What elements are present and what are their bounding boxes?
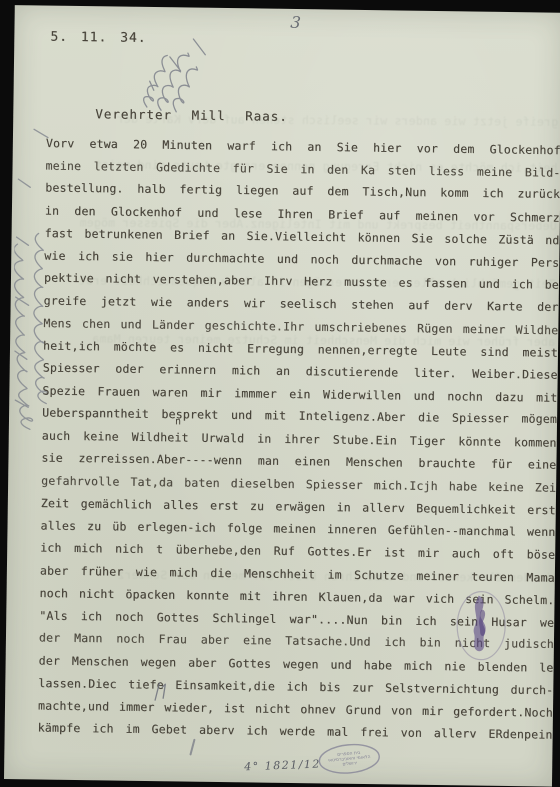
typed-word: liess xyxy=(428,163,464,186)
typed-word: mich xyxy=(232,363,261,386)
typed-word: es xyxy=(170,340,185,363)
typed-word: habe xyxy=(449,479,478,502)
typed-word: mir xyxy=(418,546,440,569)
typed-word: ich xyxy=(246,723,268,746)
typed-word: mich xyxy=(74,541,103,564)
typed-word: wie xyxy=(136,564,158,587)
typed-word: für xyxy=(232,161,254,184)
typed-word: Urwald xyxy=(201,430,244,453)
typed-word: 20 xyxy=(133,137,148,160)
typed-word: Ueberspanntheit xyxy=(42,405,149,429)
typed-word: nicht xyxy=(198,340,234,363)
typed-word: Herz xyxy=(304,274,333,297)
typed-word: kämpfe xyxy=(38,720,81,743)
typed-word: an xyxy=(221,228,236,251)
typed-word: es xyxy=(398,275,413,298)
typed-word: den xyxy=(74,203,96,226)
typed-word: jetzt xyxy=(101,294,137,317)
typed-word: meiner xyxy=(463,322,506,345)
typed-word: Gefühlen--manchmal xyxy=(388,522,517,546)
typed-word: kommen xyxy=(514,435,557,458)
ink-blot xyxy=(454,589,509,662)
typed-word: mir xyxy=(422,703,444,726)
typed-word: waren xyxy=(152,385,188,408)
typed-word: letzten xyxy=(93,159,143,182)
typed-word: betrunkenen xyxy=(84,227,163,251)
letter-date: 5. 11. 34. xyxy=(50,30,146,46)
typed-word: oder xyxy=(115,362,144,385)
typed-word: nicht xyxy=(255,701,291,724)
typed-word: mir xyxy=(200,385,222,408)
typed-word: noch xyxy=(115,609,144,632)
typed-word: die xyxy=(418,410,440,433)
typed-word: sie xyxy=(111,249,133,272)
typed-word: mit xyxy=(240,589,262,612)
typed-word: Züstä xyxy=(498,232,534,255)
typed-word: nich xyxy=(115,542,144,565)
typed-word: fast xyxy=(44,226,73,249)
typed-word: früher xyxy=(81,564,124,587)
typed-word: liegen xyxy=(236,183,279,206)
typed-word: meiner xyxy=(416,568,459,591)
typed-word: chen xyxy=(82,317,111,340)
typed-word: Schmerz xyxy=(510,210,560,233)
typed-word: in xyxy=(257,431,272,454)
typed-word: zu xyxy=(250,499,265,522)
typed-word: seelisch xyxy=(280,296,337,319)
typed-word: verstehen,aber xyxy=(152,272,252,296)
typed-word: dieselben xyxy=(231,476,295,499)
typed-word: allerv xyxy=(434,726,477,749)
typed-word: Mens xyxy=(43,316,72,339)
typed-word: Wildhe xyxy=(515,323,558,346)
typed-word: mit xyxy=(265,408,287,431)
typed-word: an xyxy=(307,140,322,163)
typed-word: machte,und xyxy=(38,698,110,721)
typed-word: ERdenpein xyxy=(488,727,552,750)
typed-word: erlegen-ich xyxy=(137,519,216,542)
typed-word: und xyxy=(478,277,500,300)
typed-word: aber xyxy=(188,655,217,678)
typed-word: für xyxy=(491,457,513,480)
typed-word: dazu xyxy=(495,389,524,412)
typed-word: solche xyxy=(444,232,487,255)
typed-word: Mann xyxy=(74,631,103,654)
typed-word: dem xyxy=(453,142,475,165)
typed-word: Ihren xyxy=(277,206,313,229)
typed-superscript-insertion: n xyxy=(175,416,181,427)
typed-word: und xyxy=(120,317,142,340)
typed-word: Rügen xyxy=(417,321,453,344)
typed-word: wir xyxy=(244,295,266,318)
typed-word: geschichte.Ihr xyxy=(204,318,304,342)
typed-word: Widerwillen xyxy=(323,387,402,411)
typed-word: discutierende xyxy=(305,364,398,388)
typed-word: auf xyxy=(379,208,401,231)
typed-word: Frauen xyxy=(97,384,140,407)
typed-word: auf xyxy=(292,184,314,207)
typed-word: der xyxy=(38,653,60,676)
typed-word: gefordert.Noch xyxy=(453,704,553,728)
typed-word: t xyxy=(156,542,163,565)
typed-word: umschriebenes xyxy=(314,320,407,344)
typed-word: und xyxy=(277,251,299,274)
typed-word: nicht xyxy=(105,271,141,294)
typed-word: immer xyxy=(119,699,155,722)
typed-word: Vorv xyxy=(46,136,75,159)
typed-word: baten xyxy=(184,475,220,498)
typed-word: war xyxy=(393,591,415,614)
typed-word: judisch xyxy=(504,636,554,659)
typed-word: können xyxy=(357,230,400,253)
typed-word: Bild- xyxy=(525,165,560,188)
handwritten-page-number: 3 xyxy=(290,13,302,33)
typed-word: wegen xyxy=(283,656,319,679)
typed-word: nicht xyxy=(79,587,115,610)
typed-word: zerreissen.Aber----wenn xyxy=(78,451,242,476)
typed-word: Menschen xyxy=(72,653,129,676)
typed-word: und xyxy=(413,388,435,411)
typed-word: Tiger xyxy=(410,433,446,456)
typed-word: könnte xyxy=(458,434,501,457)
typed-word: in xyxy=(336,500,351,523)
typed-word: Schlingel xyxy=(212,610,276,633)
typed-word: ich xyxy=(511,277,533,300)
typed-word: ich xyxy=(81,609,103,632)
typed-word: habe xyxy=(363,658,392,681)
typed-word: Ka xyxy=(361,162,376,185)
typed-word: halb xyxy=(137,182,166,205)
typed-word: von xyxy=(435,253,457,276)
typed-word: meine xyxy=(477,164,513,187)
typed-word: ich xyxy=(415,613,437,636)
typed-word: einen xyxy=(294,454,330,477)
typed-word: Tisch,Nun xyxy=(362,184,426,207)
typed-word: noch xyxy=(310,252,339,275)
typed-word: bestellung. xyxy=(45,180,124,203)
library-stamp: בית הספרים הלאומי והאוניברסיטאי ירושלים xyxy=(317,742,381,775)
typed-word: ihrer xyxy=(284,431,320,454)
typed-word: erst xyxy=(210,498,239,521)
typed-word: aber xyxy=(201,632,230,655)
typed-word: und xyxy=(197,205,219,228)
typed-word: Sie xyxy=(411,231,433,254)
typed-word: ist xyxy=(384,545,406,568)
typed-word: in xyxy=(300,162,315,185)
typed-word: nd xyxy=(545,233,560,256)
typed-word: zu xyxy=(87,519,102,542)
typed-word: Brief xyxy=(328,207,364,230)
typed-word: Ihrv xyxy=(264,274,293,297)
typed-word: war"....Nun xyxy=(289,611,368,635)
typed-word: erwägen xyxy=(275,499,325,522)
typed-word: Zeit xyxy=(41,496,70,519)
typed-word: Gottes xyxy=(228,656,271,679)
typed-word: durchmache xyxy=(351,252,423,275)
typed-word: wieder, xyxy=(164,700,214,723)
typed-word: aber xyxy=(40,563,69,586)
typed-word: sten xyxy=(387,163,416,186)
typed-word: Gebet xyxy=(151,722,187,745)
typed-word: Frau xyxy=(158,632,187,655)
typed-word: stehen xyxy=(351,297,394,320)
typed-word: hier xyxy=(145,249,174,272)
typed-word: mich xyxy=(404,658,433,681)
typed-word: liter. xyxy=(414,366,457,389)
letter-salutation: Verehrter Mill Raas. xyxy=(95,106,288,124)
typed-word: meinen xyxy=(415,208,458,231)
typed-word: Gottes xyxy=(156,610,199,633)
typed-word: wegen xyxy=(140,654,176,677)
typed-word: mögem xyxy=(521,411,557,434)
typed-word: ich xyxy=(40,540,62,563)
typed-word: Erregung xyxy=(247,341,304,364)
typed-word: sie xyxy=(41,450,63,473)
typed-word: Ruf xyxy=(273,544,295,567)
typed-word: warf xyxy=(227,139,256,162)
typed-word: greife xyxy=(43,293,86,316)
typed-word: werde xyxy=(279,724,315,747)
typed-word: gefahrvolle xyxy=(41,473,120,497)
catalog-number: 4° 1821/12 xyxy=(244,757,321,773)
typed-word: auch xyxy=(42,428,71,451)
typed-word: ich xyxy=(78,248,100,271)
typed-word: von xyxy=(400,726,422,749)
typed-word: möchte xyxy=(113,339,156,362)
stamp-line: ירושלים xyxy=(342,761,357,767)
typed-word: lassen.Diec xyxy=(38,676,117,700)
typed-word: der xyxy=(537,299,559,322)
typed-word: Glockenhof xyxy=(111,204,183,227)
typed-word: Menschheit xyxy=(244,566,316,589)
stamp-text: בית הספרים הלאומי והאוניברסיטאי ירושלים xyxy=(316,740,383,778)
typed-word: gemächlich xyxy=(80,497,152,520)
typed-word: Mama xyxy=(526,570,555,593)
typed-word: keine xyxy=(83,429,119,452)
typed-word: nochn xyxy=(447,389,483,412)
typed-word: heit,ich xyxy=(43,338,100,361)
typed-word: besprekt xyxy=(161,407,218,430)
typed-word: Tatsache.Und xyxy=(285,634,371,658)
typed-word: Minuten xyxy=(162,138,212,161)
typed-word: die xyxy=(210,565,232,588)
typed-word: bin xyxy=(419,635,441,658)
typed-word: Spezie xyxy=(42,383,85,406)
typed-word: Sie.Vielleicht xyxy=(246,229,346,253)
typed-word: meist xyxy=(522,345,558,368)
typed-word: Gdedichte xyxy=(156,160,220,183)
typed-word: ich xyxy=(384,635,406,658)
typed-word: und xyxy=(330,657,352,680)
typed-word: Spiesser xyxy=(43,361,100,384)
typed-word: Gottes.Er xyxy=(307,544,371,567)
typed-word: Menschen xyxy=(346,455,403,478)
typed-word: durchmachte xyxy=(186,250,265,274)
typed-word: Sie xyxy=(266,161,288,184)
typed-word: hier xyxy=(373,141,402,164)
typed-word: Tat,da xyxy=(130,474,173,497)
typed-word: ich xyxy=(286,679,308,702)
typed-word: wenn xyxy=(527,524,556,547)
typed-word: mich.Icjh xyxy=(373,478,437,501)
typed-word: Länder xyxy=(152,318,195,341)
typed-word: man xyxy=(258,454,280,477)
typed-word: Selstvernichtung xyxy=(385,681,499,705)
typed-word: alles xyxy=(40,518,76,541)
typed-word: vor xyxy=(473,209,495,232)
typed-word: wie xyxy=(44,248,66,271)
typed-word: Karte xyxy=(487,299,523,322)
typed-word: "Als xyxy=(39,608,68,631)
typed-word: pektive xyxy=(44,271,94,294)
typed-word: Zei xyxy=(535,480,557,503)
typed-word: blenden xyxy=(477,659,527,682)
typed-word: dem xyxy=(327,184,349,207)
typed-word: Glockenhof xyxy=(489,142,560,165)
typed-word: wie xyxy=(151,294,173,317)
typed-word: Sie xyxy=(336,140,358,163)
typed-word: ein xyxy=(289,386,311,409)
typed-word: we xyxy=(540,615,555,638)
scanned-letter-page: { "scan": { "page_number": "3", "catalog… xyxy=(0,0,560,787)
typed-word: eine xyxy=(243,633,272,656)
typed-word: fassen xyxy=(424,276,467,299)
typed-word: in xyxy=(45,203,60,226)
typed-word: meine xyxy=(45,158,81,181)
typed-word: inneren xyxy=(327,522,377,545)
typed-word: Inteligenz.Aber xyxy=(299,409,406,433)
typed-word: vich xyxy=(426,591,455,614)
typed-word: eine xyxy=(528,457,557,480)
typed-word: Schelm. xyxy=(504,592,554,615)
typed-word: konnte xyxy=(186,588,229,611)
typed-word: Pers xyxy=(531,255,560,278)
typed-word: nennen,erregte xyxy=(317,342,417,366)
typed-word: ohnev xyxy=(300,702,336,725)
typed-word: etwa xyxy=(89,137,118,160)
typed-word: durch- xyxy=(510,683,553,706)
typed-word: sind xyxy=(480,344,509,367)
typed-word: erst xyxy=(527,503,556,526)
typed-word: Wildheit xyxy=(131,429,188,452)
typed-word: folge xyxy=(227,520,263,543)
typed-word: Spiesser xyxy=(452,411,509,434)
typed-word: ist xyxy=(224,701,246,724)
typed-word: komm xyxy=(440,185,469,208)
typed-word: mit xyxy=(536,390,558,413)
typed-word: musste xyxy=(344,275,387,298)
typed-word: noch xyxy=(39,586,68,609)
typed-word: ich xyxy=(482,186,504,209)
typed-word: zurück xyxy=(517,186,560,209)
typed-word: mich xyxy=(169,565,198,588)
typed-word: böse xyxy=(526,547,555,570)
typed-word: be xyxy=(544,278,559,301)
typed-word: allerv xyxy=(362,500,405,523)
typed-word: überhebe,den xyxy=(175,542,261,566)
typed-word: Stube.Ein xyxy=(333,432,397,455)
typed-word: keine xyxy=(488,479,524,502)
typed-word: im xyxy=(327,567,342,590)
ink-blot-shape xyxy=(454,589,509,662)
typed-word: bis xyxy=(319,680,341,703)
typed-word: an xyxy=(276,364,291,387)
insertion-mark-strokes xyxy=(151,681,169,701)
typed-word: erinnern xyxy=(159,362,216,385)
typed-word: Brief xyxy=(174,228,210,251)
typed-word: zur xyxy=(352,680,374,703)
typed-word: Bequemlichkeit xyxy=(416,501,516,525)
typed-word: Leute xyxy=(431,343,467,366)
typed-word: fertig xyxy=(179,182,222,205)
typed-word: Weiber.Diese xyxy=(472,366,558,390)
typed-word: bin xyxy=(381,613,403,636)
typed-word: auch xyxy=(452,546,481,569)
typed-word: Einsamkeit,die xyxy=(175,678,275,702)
typed-word: derv xyxy=(444,298,473,321)
typed-word: und xyxy=(231,408,253,431)
typed-word: le xyxy=(539,660,554,683)
typed-word: oft xyxy=(493,547,515,570)
typed-word: aberv xyxy=(199,723,235,746)
letter-paper: greife jetzt wie anders wir seelisch ste… xyxy=(4,5,560,787)
typed-word: ruhiger xyxy=(468,254,518,277)
typed-word: öpacken xyxy=(125,587,175,610)
typed-word: Spiesser xyxy=(306,477,363,500)
typed-word: ihren xyxy=(272,589,308,612)
typed-word: noch xyxy=(116,631,145,654)
typed-word: im xyxy=(125,722,140,745)
typed-word: meinen xyxy=(273,521,316,544)
typed-word: brauchte xyxy=(418,456,475,479)
typed-word: üb xyxy=(112,519,127,542)
typed-word: lese xyxy=(234,206,263,229)
typed-word: vor xyxy=(416,141,438,164)
typed-word: den xyxy=(327,162,349,185)
typed-word: immmer xyxy=(234,386,277,409)
typed-word: ich xyxy=(92,721,114,744)
typed-word: Schutze xyxy=(354,567,404,590)
typed-word: der xyxy=(39,630,61,653)
typed-word: alles xyxy=(163,498,199,521)
typed-word: von xyxy=(391,703,413,726)
typed-word: Klauen,da xyxy=(318,590,382,613)
typed-word: auf xyxy=(408,298,430,321)
typed-word: anders xyxy=(187,295,230,318)
typed-word: nie xyxy=(444,659,466,682)
typed-word: ich xyxy=(271,139,293,162)
typed-word: Grund xyxy=(345,702,381,725)
pencil-insertion-mark xyxy=(151,681,169,701)
